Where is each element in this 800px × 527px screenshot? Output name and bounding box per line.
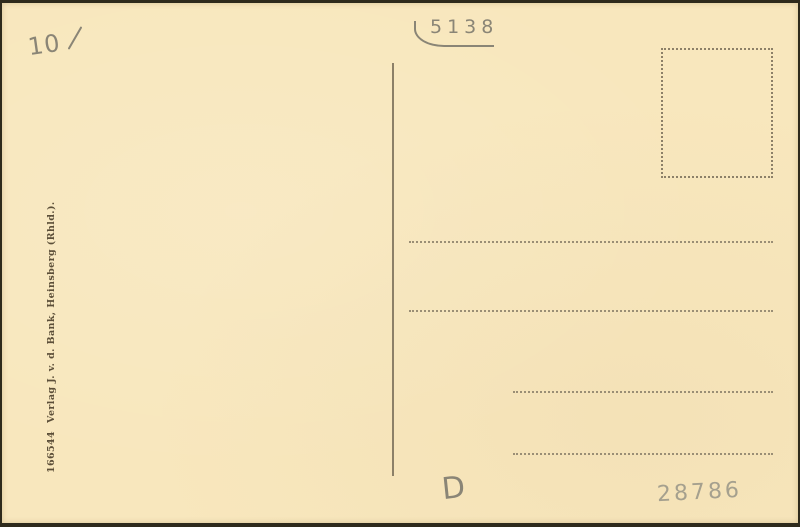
address-line-4 [513, 453, 773, 455]
address-line-1 [409, 241, 773, 243]
address-line-2 [409, 310, 773, 312]
handwritten-price-mark: 10 [26, 29, 62, 61]
publisher-imprint: 166544Verlag J. v. d. Bank, Heinsberg (R… [46, 201, 57, 473]
handwritten-reference-number: 5138 [430, 16, 498, 38]
postcard-back: 10 5138 166544Verlag J. v. d. Bank, Hein… [2, 3, 798, 523]
stamp-placeholder-box [661, 48, 773, 178]
publisher-catalog-number: 166544 [46, 431, 57, 473]
publisher-name: Verlag J. v. d. Bank, Heinsberg (Rhld.). [46, 201, 57, 423]
message-address-divider [392, 63, 394, 476]
address-line-3 [513, 391, 773, 393]
handwritten-letter-mark: D [440, 470, 467, 507]
handwritten-inventory-number: 28786 [656, 478, 742, 507]
handwritten-tick-mark [68, 26, 83, 50]
